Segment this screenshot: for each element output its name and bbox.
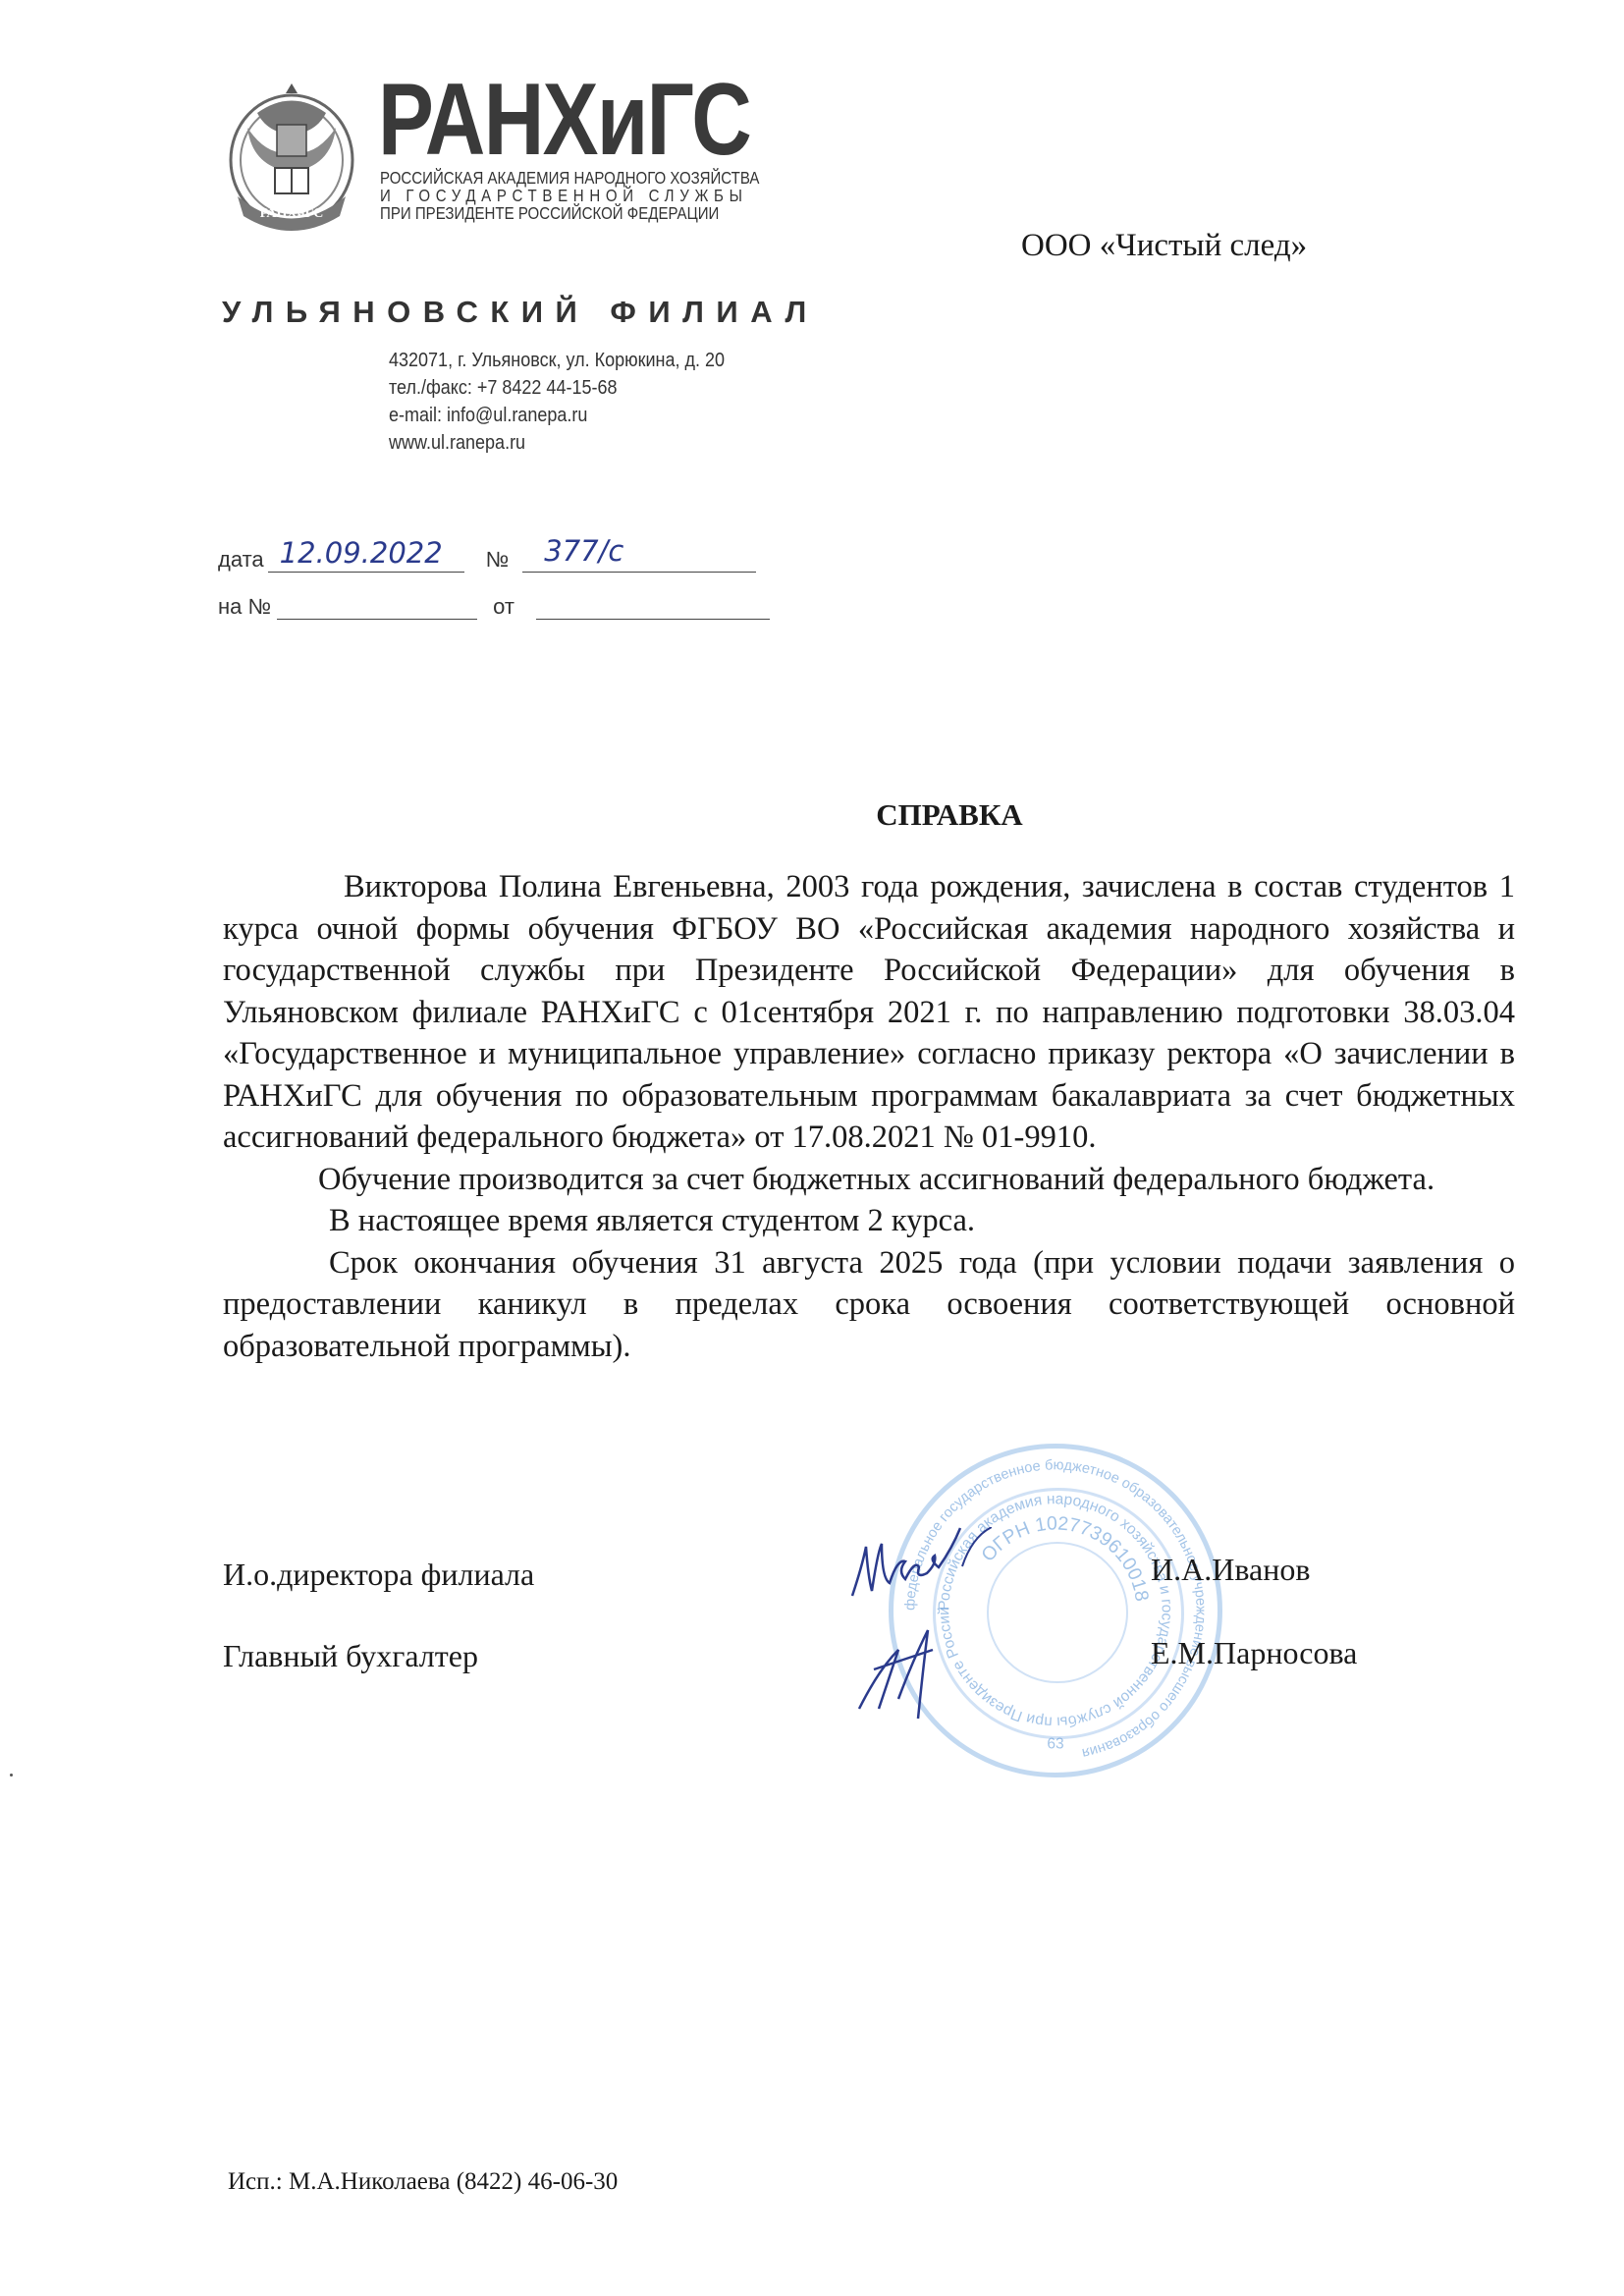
emblem-icon: РАНХиГС	[218, 74, 365, 233]
document-title: СПРАВКА	[0, 797, 1624, 833]
svg-text:РАНХиГС: РАНХиГС	[260, 206, 324, 221]
date-value: 12.09.2022	[280, 536, 443, 570]
number-field[interactable]: 377/с	[522, 542, 756, 573]
from-label: от	[493, 594, 514, 620]
address: 432071, г. Ульяновск, ул. Корюкина, д. 2…	[389, 347, 725, 374]
brand-line-1: РОССИЙСКАЯ АКАДЕМИЯ НАРОДНОГО ХОЗЯЙСТВА	[380, 169, 759, 187]
branch-name: УЛЬЯНОВСКИЙ ФИЛИАЛ	[222, 295, 819, 330]
date-label: дата	[218, 547, 264, 573]
brand-line-2: И ГОСУДАРСТВЕННОЙ СЛУЖБЫ	[380, 187, 759, 204]
executor-contact: Исп.: М.А.Николаева (8422) 46-06-30	[228, 2168, 618, 2196]
recipient: ООО «Чистый след»	[1021, 228, 1307, 264]
contacts-block: 432071, г. Ульяновск, ул. Корюкина, д. 2…	[389, 347, 762, 457]
accountant-name: Е.М.Парносова	[1151, 1635, 1357, 1671]
brand-line-3: ПРИ ПРЕЗИДЕНТЕ РОССИЙСКОЙ ФЕДЕРАЦИИ	[380, 204, 759, 222]
date-field[interactable]: 12.09.2022	[268, 542, 464, 573]
paragraph-enrollment: Викторова Полина Евгеньевна, 2003 года р…	[223, 866, 1515, 1159]
director-name: И.А.Иванов	[1151, 1552, 1310, 1588]
accountant-role: Главный бухгалтер	[223, 1638, 478, 1674]
in-reply-field[interactable]	[277, 589, 477, 620]
email: e-mail: info@ul.ranepa.ru	[389, 402, 725, 429]
document-body: Викторова Полина Евгеньевна, 2003 года р…	[223, 866, 1515, 1367]
from-field[interactable]	[536, 589, 770, 620]
number-label: №	[486, 547, 510, 573]
svg-text:63: 63	[1047, 1736, 1063, 1753]
director-signature	[844, 1527, 992, 1606]
paragraph-funding: Обучение производится за счет бюджетных …	[223, 1159, 1515, 1201]
website: www.ul.ranepa.ru	[389, 429, 725, 457]
scan-speck	[10, 1774, 13, 1777]
director-role: И.о.директора филиала	[223, 1557, 534, 1593]
brand-name: РАНХиГС	[378, 71, 750, 169]
in-reply-label: на №	[218, 594, 271, 620]
reference-block: дата 12.09.2022 № 377/с на № от	[218, 525, 770, 620]
accountant-signature	[854, 1611, 962, 1728]
paragraph-current-year: В настоящее время является студентом 2 к…	[223, 1200, 1515, 1242]
brand-subtitle: РОССИЙСКАЯ АКАДЕМИЯ НАРОДНОГО ХОЗЯЙСТВА …	[380, 169, 821, 222]
number-value: 377/с	[544, 534, 623, 568]
paragraph-end-date: Срок окончания обучения 31 августа 2025 …	[223, 1242, 1515, 1368]
phone: тел./факс: +7 8422 44-15-68	[389, 374, 725, 402]
